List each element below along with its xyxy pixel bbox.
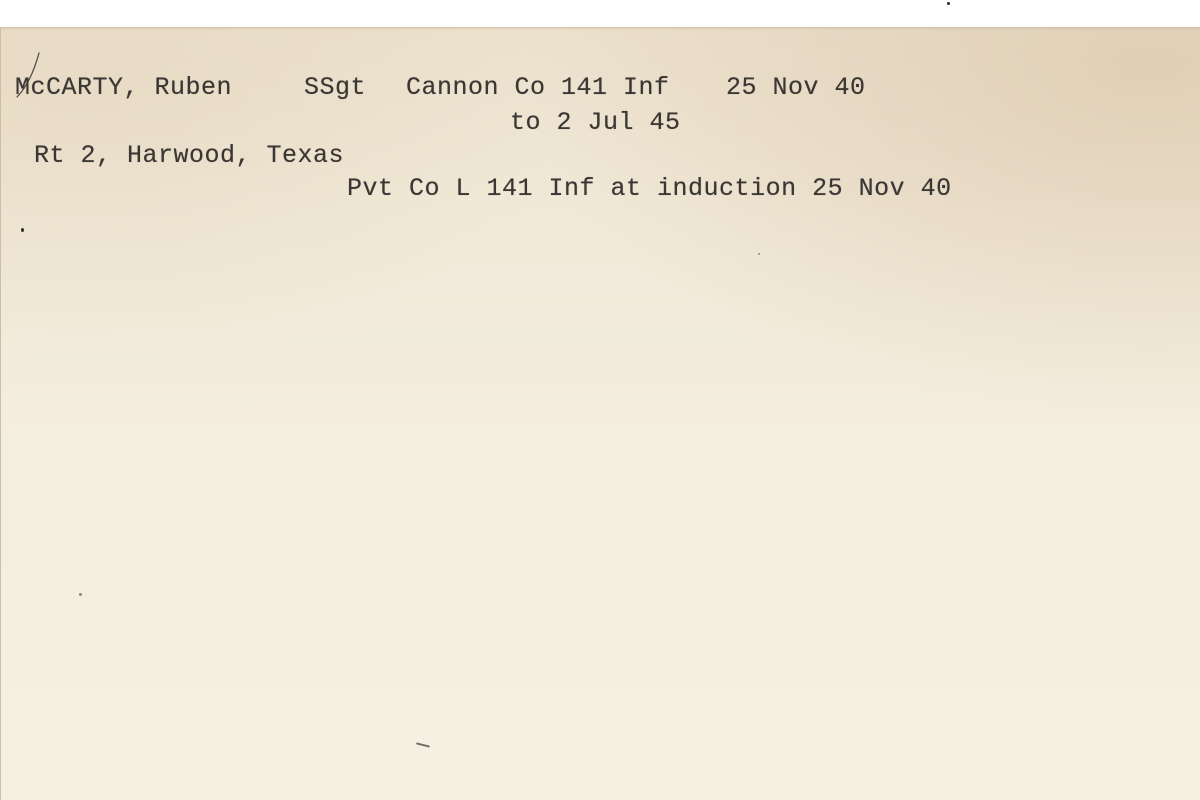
record-service-start: 25 Nov 40	[726, 73, 866, 102]
record-unit: Cannon Co 141 Inf	[406, 73, 670, 102]
dust-speck	[947, 2, 950, 5]
record-address: Rt 2, Harwood, Texas	[34, 141, 344, 170]
paper-speck	[758, 253, 760, 255]
scan-area: McCARTY, Ruben SSgt Cannon Co 141 Inf 25…	[0, 0, 1200, 800]
record-rank: SSgt	[304, 73, 366, 102]
record-name: McCARTY, Ruben	[15, 73, 232, 102]
record-induction-note: Pvt Co L 141 Inf at induction 25 Nov 40	[347, 174, 952, 203]
index-card: McCARTY, Ruben SSgt Cannon Co 141 Inf 25…	[0, 27, 1200, 800]
paper-speck	[79, 593, 82, 596]
stray-pencil-mark	[416, 742, 430, 747]
ink-speck	[21, 228, 24, 232]
record-service-end: to 2 Jul 45	[510, 108, 681, 137]
